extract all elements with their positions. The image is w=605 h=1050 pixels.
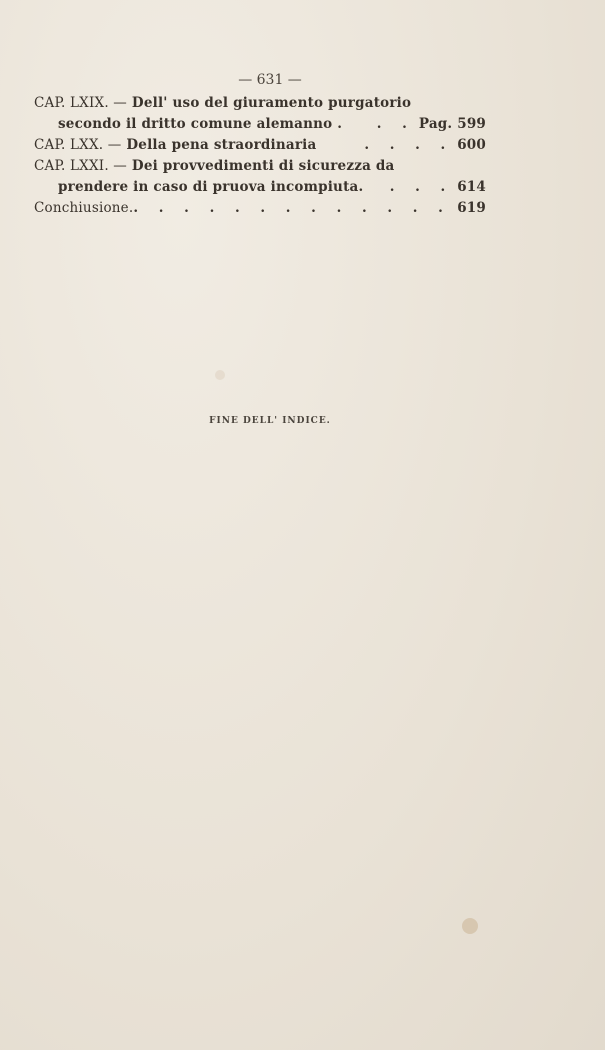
chapter-label: Conchiusione. <box>34 198 133 219</box>
chapter-label: CAP. LXXI. — <box>34 158 127 174</box>
page-number: — 631 — <box>0 72 540 88</box>
chapter-label: CAP. LXX. — <box>34 137 121 153</box>
chapter-title: Della pena straordinaria <box>126 137 316 153</box>
page-ref: 600 <box>457 135 486 156</box>
leader-dots: . . . <box>363 177 457 198</box>
leader-dots: . . . . <box>316 135 457 156</box>
toc-entry-cont: secondo il dritto comune alemanno . . . … <box>34 114 486 135</box>
end-of-index: FINE DELL' INDICE. <box>0 416 540 426</box>
paper-stain <box>215 370 225 380</box>
page-ref: 614 <box>457 177 486 198</box>
leader-dots: . . . . . . . . . . . . . . <box>133 198 457 219</box>
toc-entry-cont: prendere in caso di pruova incompiuta. .… <box>34 177 486 198</box>
table-of-contents: CAP. LXIX. — Dell' uso del giuramento pu… <box>34 93 486 219</box>
chapter-label: CAP. LXIX. — <box>34 95 127 111</box>
leader-dots: . . <box>342 114 419 135</box>
toc-entry: CAP. LXIX. — Dell' uso del giuramento pu… <box>34 93 486 114</box>
paper-stain <box>462 918 478 934</box>
toc-entry: Conchiusione. . . . . . . . . . . . . . … <box>34 198 486 219</box>
toc-entry: CAP. LXX. — Della pena straordinaria . .… <box>34 135 486 156</box>
chapter-title: Dell' uso del giuramento purgatorio <box>132 95 411 111</box>
chapter-title: prendere in caso di pruova incompiuta. <box>58 177 363 198</box>
page-ref: 619 <box>457 198 486 219</box>
chapter-title: Dei provvedimenti di sicurezza da <box>132 158 395 174</box>
page-ref: Pag. 599 <box>419 114 486 135</box>
toc-entry: CAP. LXXI. — Dei provvedimenti di sicure… <box>34 156 486 177</box>
chapter-title: secondo il dritto comune alemanno . <box>58 114 342 135</box>
